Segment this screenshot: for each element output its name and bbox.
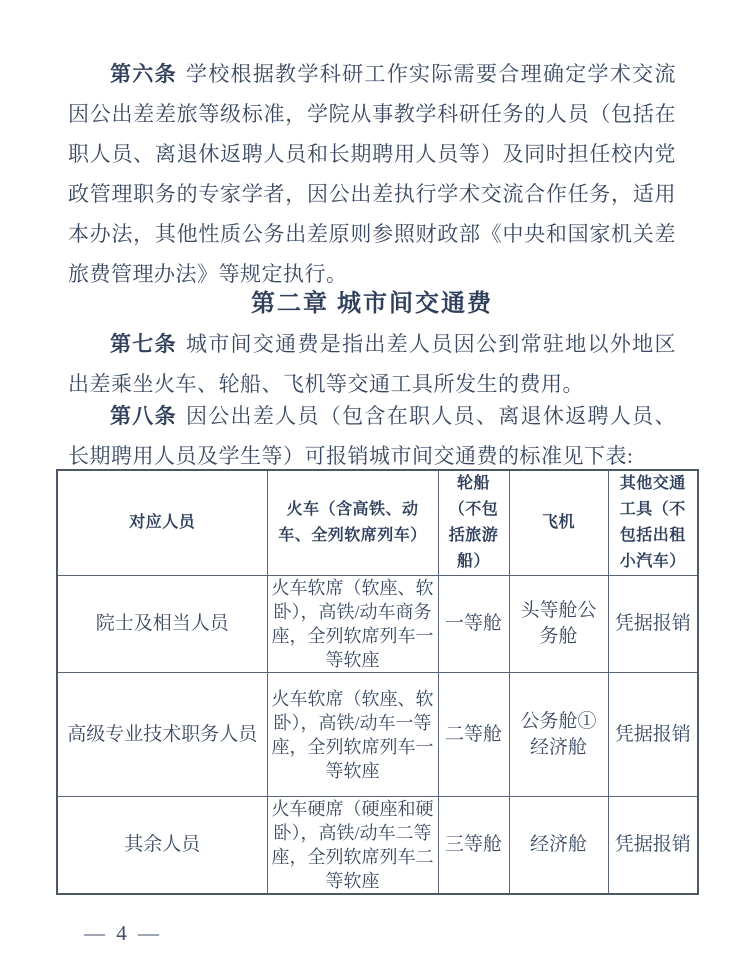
header-airplane: 飞机 [509, 470, 608, 576]
table-row: 院士及相当人员 火车软席（软座、软卧），高铁/动车商务座，全列软席列车一等软座 … [57, 576, 698, 673]
article-8-term: 第八条 [110, 404, 186, 428]
cell-ship: 二等舱 [438, 673, 509, 797]
header-other-transport: 其他交通工具（不包括出租小汽车） [608, 470, 698, 576]
cell-other: 凭据报销 [608, 673, 698, 797]
cell-other: 凭据报销 [608, 797, 698, 895]
cell-ship: 三等舱 [438, 797, 509, 895]
article-6-paragraph: 第六条学校根据教学科研工作实际需要合理确定学术交流因公出差差旅等级标准，学院从事… [68, 54, 676, 294]
header-ship: 轮船（不包括旅游船） [438, 470, 509, 576]
article-8-paragraph: 第八条因公出差人员（包含在职人员、离退休返聘人员、长期聘用人员及学生等）可报销城… [68, 396, 676, 476]
cell-train: 火车硬席（硬座和硬卧），高铁/动车二等座，全列软席列车二等软座 [267, 797, 438, 895]
cell-other: 凭据报销 [608, 576, 698, 673]
cell-ship: 一等舱 [438, 576, 509, 673]
cell-personnel: 其余人员 [57, 797, 267, 895]
cell-train: 火车软席（软座、软卧），高铁/动车一等座，全列软席列车一等软座 [267, 673, 438, 797]
transport-fee-table: 对应人员 火车（含高铁、动车、全列软席列车） 轮船（不包括旅游船） 飞机 其他交… [56, 469, 699, 895]
article-6-term: 第六条 [110, 62, 186, 86]
header-personnel: 对应人员 [57, 470, 267, 576]
article-6-body: 学校根据教学科研工作实际需要合理确定学术交流因公出差差旅等级标准，学院从事教学科… [68, 62, 676, 286]
cell-train: 火车软席（软座、软卧），高铁/动车商务座，全列软席列车一等软座 [267, 576, 438, 673]
document-page: 第六条学校根据教学科研工作实际需要合理确定学术交流因公出差差旅等级标准，学院从事… [0, 0, 744, 895]
article-7-paragraph: 第七条城市间交通费是指出差人员因公到常驻地以外地区出差乘坐火车、轮船、飞机等交通… [68, 324, 676, 404]
header-train: 火车（含高铁、动车、全列软席列车） [267, 470, 438, 576]
table-header-row: 对应人员 火车（含高铁、动车、全列软席列车） 轮船（不包括旅游船） 飞机 其他交… [57, 470, 698, 576]
table-row: 其余人员 火车硬席（硬座和硬卧），高铁/动车二等座，全列软席列车二等软座 三等舱… [57, 797, 698, 895]
cell-airplane: 头等舱公务舱 [509, 576, 608, 673]
cell-airplane: 公务舱①经济舱 [509, 673, 608, 797]
article-7-term: 第七条 [110, 332, 186, 356]
cell-personnel: 院士及相当人员 [57, 576, 267, 673]
cell-airplane: 经济舱 [509, 797, 608, 895]
page-number: — 4 — [84, 921, 162, 946]
table-row: 高级专业技术职务人员 火车软席（软座、软卧），高铁/动车一等座，全列软席列车一等… [57, 673, 698, 797]
cell-personnel: 高级专业技术职务人员 [57, 673, 267, 797]
